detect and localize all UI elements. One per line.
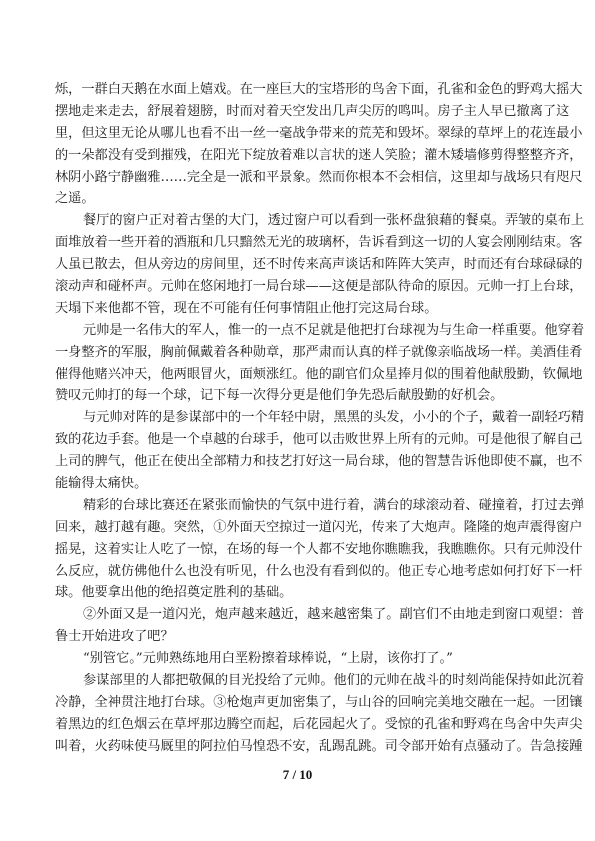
text-line: 里，但这里无论从哪儿也看不出一丝一毫战争带来的荒芜和毁坏。翠绿的草坪上的花连最小 <box>55 123 539 145</box>
text-line: 精彩的台球比赛还在紧张而愉快的气氛中进行着，满台的球滚动着、碰撞着，打过去弹 <box>55 495 539 517</box>
body-text: 烁，一群白天鹅在水面上嬉戏。在一座巨大的宝塔形的鸟舍下面，孔雀和金色的野鸡大摇大… <box>55 79 539 758</box>
text-line: 人虽已散去，但从旁边的房间里，还不时传来高声谈话和阵阵大笑声，时而还有台球碌碌的 <box>55 254 539 276</box>
text-line: 球。他要拿出他的绝招奠定胜利的基础。 <box>55 582 539 604</box>
text-line: 滚动声和碰杯声。元帅在悠闲地打一局台球——这便是部队待命的原因。元帅一打上台球， <box>55 276 539 298</box>
text-line: 上司的脾气，他正在使出全部精力和技艺打好这一局台球，他的智慧告诉他即使不赢，也不 <box>55 451 539 473</box>
text-line: 面堆放着一些开着的酒瓶和几只黯然无光的玻璃杯，告诉看到这一切的人宴会刚刚结束。客 <box>55 232 539 254</box>
text-line: ②外面又是一道闪光，炮声越来越近，越来越密集了。副官们不由地走到窗口观望：普 <box>55 604 539 626</box>
text-line: 林阴小路宁静幽雅……完全是一派和平景象。然而你根本不会相信，这里却与战场只有咫尺 <box>55 167 539 189</box>
text-line: 叫着，火药味使马厩里的阿拉伯马惶恐不安，乱踢乱跳。司令部开始有点骚动了。告急接踵 <box>55 736 539 758</box>
page-number: 7 / 10 <box>0 767 595 783</box>
text-line: 天塌下来他都不管，现在不可能有任何事情阻止他打完这局台球。 <box>55 298 539 320</box>
text-line: 鲁士开始进攻了吧？ <box>55 626 539 648</box>
text-line: 元帅是一名伟大的军人，惟一的一点不足就是他把打台球视为与生命一样重要。他穿着 <box>55 320 539 342</box>
text-line: 餐厅的窗户正对着古堡的大门，透过窗户可以看到一张杯盘狼藉的餐桌。弄皱的桌布上 <box>55 210 539 232</box>
text-line: 烁，一群白天鹅在水面上嬉戏。在一座巨大的宝塔形的鸟舍下面，孔雀和金色的野鸡大摇大 <box>55 79 539 101</box>
text-line: 摆地走来走去，舒展着翅膀，时而对着天空发出几声尖厉的鸣叫。房子主人早已撤离了这 <box>55 101 539 123</box>
text-line: 参谋部里的人都把敬佩的目光投给了元帅。他们的元帅在战斗的时刻尚能保持如此沉着 <box>55 670 539 692</box>
document-page: 烁，一群白天鹅在水面上嬉戏。在一座巨大的宝塔形的鸟舍下面，孔雀和金色的野鸡大摇大… <box>0 0 595 841</box>
text-line: 回来，越打越有趣。突然，①外面天空掠过一道闪光，传来了大炮声。隆隆的炮声震得窗户 <box>55 517 539 539</box>
text-line: 么反应，就仿佛他什么也没有听见，什么也没有看到似的。他正专心地考虑如何打好下一杆 <box>55 561 539 583</box>
text-line: 之遥。 <box>55 188 539 210</box>
text-line: 赞叹元帅打的每一个球，记下每一次得分更是他们争先恐后献殷勤的好机会。 <box>55 385 539 407</box>
text-line: 与元帅对阵的是参谋部中的一个年轻中尉，黑黑的头发，小小的个子，戴着一副轻巧精 <box>55 407 539 429</box>
text-line: 的一朵都没有受到摧残，在阳光下绽放着难以言状的迷人笑脸；灌木矮墙修剪得整整齐齐， <box>55 145 539 167</box>
text-line: 摇晃，这着实让人吃了一惊，在场的每一个人都不安地你瞧瞧我，我瞧瞧你。只有元帅没什 <box>55 539 539 561</box>
text-line: 冷静，全神贯注地打台球。③枪炮声更加密集了，与山谷的回响完美地交融在一起。一团镶 <box>55 692 539 714</box>
text-line: 催得他赌兴冲天，他两眼冒火，面颊涨红。他的副官们众星捧月似的围着他献殷勤，钦佩地 <box>55 364 539 386</box>
text-line: 致的花边手套。他是一个卓越的台球手，他可以击败世界上所有的元帅。可是他很了解自己 <box>55 429 539 451</box>
text-line: 着黑边的红色烟云在草坪那边腾空而起，后花园起火了。受惊的孔雀和野鸡在鸟舍中失声尖 <box>55 714 539 736</box>
text-line: 能输得太痛快。 <box>55 473 539 495</box>
text-line: “别管它。”元帅熟练地用白垩粉擦着球棒说，“上尉，该你打了。” <box>55 648 539 670</box>
text-line: 一身整齐的军服，胸前佩戴着各种勋章，那严肃而认真的样子就像亲临战场一样。美酒佳肴 <box>55 342 539 364</box>
